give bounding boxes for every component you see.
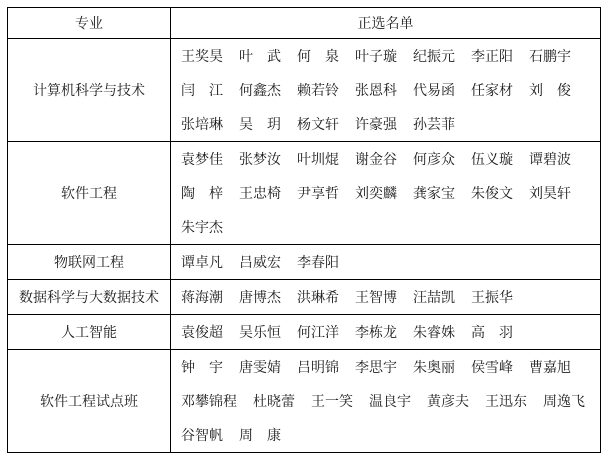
student-name: 蒋海潮	[181, 280, 223, 314]
student-name: 谢金谷	[355, 142, 397, 176]
roster-cell: 王奖昊叶 武何 泉叶子璇纪振元李正阳石鹏宇闫 江何鑫杰赖若铃张恩科代易函任家材刘…	[171, 39, 601, 142]
page: 专业 正选名单 计算机科学与技术王奖昊叶 武何 泉叶子璇纪振元李正阳石鹏宇闫 江…	[0, 0, 608, 452]
student-name: 叶子璇	[355, 39, 397, 73]
student-name: 朱俊文	[471, 176, 513, 210]
table-row: 软件工程袁梦佳张梦汝叶圳焜谢金谷何彦众伍义璇谭碧波陶 梓王忠椅尹享哲刘奕麟龚家宝…	[8, 142, 601, 245]
major-cell: 软件工程试点班	[8, 350, 171, 453]
student-name: 吕威宏	[239, 245, 281, 279]
student-name: 袁俊超	[181, 315, 223, 349]
student-name: 纪振元	[413, 39, 455, 73]
student-name: 陶 梓	[181, 176, 223, 210]
student-name: 周 康	[239, 418, 281, 452]
roster-cell: 钟 宇唐雯婧吕明锦李思宇朱奥丽侯雪峰曹嘉旭邓攀锦程杜晓蕾王一笑温良宇黄彦夫王迅东…	[171, 350, 601, 453]
major-cell: 物联网工程	[8, 245, 171, 280]
student-name: 曹嘉旭	[529, 350, 571, 384]
student-name: 杨文轩	[297, 107, 339, 141]
student-name: 何彦众	[413, 142, 455, 176]
name-line: 钟 宇唐雯婧吕明锦李思宇朱奥丽侯雪峰曹嘉旭	[181, 350, 594, 384]
student-name: 叶圳焜	[297, 142, 339, 176]
name-line: 闫 江何鑫杰赖若铃张恩科代易函任家材刘 俊	[181, 73, 594, 107]
student-name: 高 羽	[471, 315, 513, 349]
student-name: 张培琳	[181, 107, 223, 141]
name-line: 邓攀锦程杜晓蕾王一笑温良宇黄彦夫王迅东周逸飞	[181, 384, 594, 418]
student-name: 钟 宇	[181, 350, 223, 384]
student-name: 李春阳	[297, 245, 339, 279]
name-line: 朱宇杰	[181, 210, 594, 244]
student-name: 李思宇	[355, 350, 397, 384]
student-name: 王奖昊	[181, 39, 223, 73]
name-line: 袁梦佳张梦汝叶圳焜谢金谷何彦众伍义璇谭碧波	[181, 142, 594, 176]
student-name: 许豪强	[355, 107, 397, 141]
student-name: 李正阳	[471, 39, 513, 73]
student-name: 赖若铃	[297, 73, 339, 107]
student-name: 何鑫杰	[239, 73, 281, 107]
student-name: 王忠椅	[239, 176, 281, 210]
roster-cell: 蒋海潮唐博杰洪琳希王智博汪喆凯王振华	[171, 280, 601, 315]
student-name: 汪喆凯	[413, 280, 455, 314]
student-name: 刘 俊	[529, 73, 571, 107]
header-row: 专业 正选名单	[8, 8, 601, 39]
student-name: 谭卓凡	[181, 245, 223, 279]
student-name: 闫 江	[181, 73, 223, 107]
name-line: 谭卓凡吕威宏李春阳	[181, 245, 594, 279]
student-name: 朱宇杰	[181, 210, 223, 244]
student-name: 伍义璇	[471, 142, 513, 176]
student-name: 吴 玥	[239, 107, 281, 141]
student-name: 何 泉	[297, 39, 339, 73]
student-name: 张梦汝	[239, 142, 281, 176]
student-name: 代易函	[413, 73, 455, 107]
student-name: 尹享哲	[297, 176, 339, 210]
table-row: 人工智能袁俊超吴乐恒何江洋李栋龙朱睿姝高 羽	[8, 315, 601, 350]
student-name: 周逸飞	[543, 384, 585, 418]
student-name: 温良宇	[369, 384, 411, 418]
name-line: 张培琳吴 玥杨文轩许豪强孙芸菲	[181, 107, 594, 141]
student-name: 李栋龙	[355, 315, 397, 349]
student-name: 洪琳希	[297, 280, 339, 314]
student-name: 侯雪峰	[471, 350, 513, 384]
roster-cell: 袁俊超吴乐恒何江洋李栋龙朱睿姝高 羽	[171, 315, 601, 350]
roster-table-header: 专业 正选名单	[8, 8, 601, 39]
roster-cell: 袁梦佳张梦汝叶圳焜谢金谷何彦众伍义璇谭碧波陶 梓王忠椅尹享哲刘奕麟龚家宝朱俊文刘…	[171, 142, 601, 245]
roster-column-header: 正选名单	[171, 8, 601, 39]
student-name: 王一笑	[311, 384, 353, 418]
major-column-header: 专业	[8, 8, 171, 39]
roster-cell: 谭卓凡吕威宏李春阳	[171, 245, 601, 280]
student-name: 叶 武	[239, 39, 281, 73]
name-line: 袁俊超吴乐恒何江洋李栋龙朱睿姝高 羽	[181, 315, 594, 349]
student-name: 龚家宝	[413, 176, 455, 210]
table-row: 物联网工程谭卓凡吕威宏李春阳	[8, 245, 601, 280]
student-name: 刘奕麟	[355, 176, 397, 210]
student-name: 张恩科	[355, 73, 397, 107]
student-name: 唐博杰	[239, 280, 281, 314]
student-name: 孙芸菲	[413, 107, 455, 141]
table-row: 计算机科学与技术王奖昊叶 武何 泉叶子璇纪振元李正阳石鹏宇闫 江何鑫杰赖若铃张恩…	[8, 39, 601, 142]
name-line: 陶 梓王忠椅尹享哲刘奕麟龚家宝朱俊文刘昊轩	[181, 176, 594, 210]
student-name: 朱奥丽	[413, 350, 455, 384]
roster-table: 专业 正选名单 计算机科学与技术王奖昊叶 武何 泉叶子璇纪振元李正阳石鹏宇闫 江…	[7, 7, 601, 453]
table-row: 数据科学与大数据技术蒋海潮唐博杰洪琳希王智博汪喆凯王振华	[8, 280, 601, 315]
student-name: 杜晓蕾	[253, 384, 295, 418]
name-line: 王奖昊叶 武何 泉叶子璇纪振元李正阳石鹏宇	[181, 39, 594, 73]
major-cell: 软件工程	[8, 142, 171, 245]
student-name: 谭碧波	[529, 142, 571, 176]
student-name: 石鹏宇	[529, 39, 571, 73]
major-cell: 数据科学与大数据技术	[8, 280, 171, 315]
student-name: 王智博	[355, 280, 397, 314]
table-row: 软件工程试点班钟 宇唐雯婧吕明锦李思宇朱奥丽侯雪峰曹嘉旭邓攀锦程杜晓蕾王一笑温良…	[8, 350, 601, 453]
roster-table-body: 计算机科学与技术王奖昊叶 武何 泉叶子璇纪振元李正阳石鹏宇闫 江何鑫杰赖若铃张恩…	[8, 39, 601, 453]
student-name: 任家材	[471, 73, 513, 107]
student-name: 谷智帆	[181, 418, 223, 452]
student-name: 黄彦夫	[427, 384, 469, 418]
student-name: 吴乐恒	[239, 315, 281, 349]
student-name: 唐雯婧	[239, 350, 281, 384]
name-line: 谷智帆周 康	[181, 418, 594, 452]
major-cell: 计算机科学与技术	[8, 39, 171, 142]
name-line: 蒋海潮唐博杰洪琳希王智博汪喆凯王振华	[181, 280, 594, 314]
student-name: 刘昊轩	[529, 176, 571, 210]
student-name: 吕明锦	[297, 350, 339, 384]
student-name: 邓攀锦程	[181, 384, 237, 418]
major-cell: 人工智能	[8, 315, 171, 350]
student-name: 王迅东	[485, 384, 527, 418]
student-name: 朱睿姝	[413, 315, 455, 349]
student-name: 王振华	[471, 280, 513, 314]
student-name: 何江洋	[297, 315, 339, 349]
student-name: 袁梦佳	[181, 142, 223, 176]
